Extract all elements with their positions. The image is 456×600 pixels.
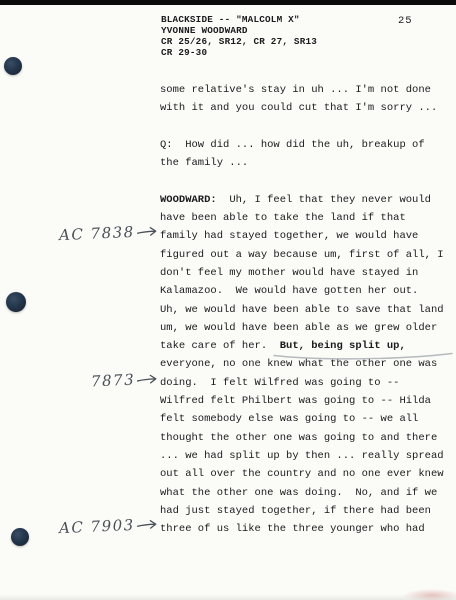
transcript-line: um, we would have been able as we grew o… xyxy=(160,319,444,337)
transcript-body: some relative's stay in uh ... I'm not d… xyxy=(160,81,444,538)
transcript-line: Uh, we would have been able to save that… xyxy=(160,301,444,319)
handwritten-annotation: AC 7838 xyxy=(59,222,158,245)
typed-text: felt somebody else was going to -- we al… xyxy=(160,413,418,425)
transcript-line: the family ... xyxy=(160,154,444,172)
typed-text: family had stayed together, we would hav… xyxy=(160,230,418,242)
annotation-label: AC 7838 xyxy=(59,223,135,245)
typed-text: um, we would have been able as we grew o… xyxy=(160,322,437,334)
transcript-line: thought the other one was going to and t… xyxy=(160,429,444,447)
transcript-line xyxy=(160,172,444,190)
typed-text: what the other one was doing. No, and if… xyxy=(160,487,437,499)
typed-text: take care of her. xyxy=(160,340,280,352)
typed-text: thought the other one was going to and t… xyxy=(160,432,437,444)
scan-edge-top xyxy=(0,0,456,5)
typed-text: don't feel my mother would have stayed i… xyxy=(160,267,418,279)
typed-text: the family ... xyxy=(160,157,248,169)
transcript-line xyxy=(160,118,444,136)
transcript-line: Q: How did ... how did the uh, breakup o… xyxy=(160,136,444,154)
typed-text: some relative's stay in uh ... I'm not d… xyxy=(160,84,431,96)
header-line: CR 29-30 xyxy=(161,47,317,58)
annotation-label: 7873 xyxy=(90,370,135,390)
typed-text: out all over the country and no one ever… xyxy=(160,468,444,480)
transcript-line: three of us like the three younger who h… xyxy=(160,520,444,538)
transcript-line: figured out a way because um, first of a… xyxy=(160,246,444,264)
arrow-right-icon xyxy=(137,373,158,385)
transcript-line: out all over the country and no one ever… xyxy=(160,465,444,483)
document-header: BLACKSIDE -- "MALCOLM X"YVONNE WOODWARDC… xyxy=(161,14,317,58)
typed-text: Q: How did ... how did the uh, breakup o… xyxy=(160,139,425,151)
typed-text: with it and you could cut that I'm sorry… xyxy=(160,102,437,114)
transcript-line: family had stayed together, we would hav… xyxy=(160,227,444,245)
transcript-line: with it and you could cut that I'm sorry… xyxy=(160,99,444,117)
typed-text: Kalamazoo. We would have gotten her out. xyxy=(160,285,418,297)
transcript-line: don't feel my mother would have stayed i… xyxy=(160,264,444,282)
transcript-line: some relative's stay in uh ... I'm not d… xyxy=(160,81,444,99)
transcript-line: have been able to take the land if that xyxy=(160,209,444,227)
emphasized-text: But, being split up, xyxy=(280,340,406,352)
typed-text: ... we had split up by then ... really s… xyxy=(160,450,444,462)
header-line: BLACKSIDE -- "MALCOLM X" xyxy=(161,14,317,25)
transcript-line: doing. I felt Wilfred was going to --787… xyxy=(160,374,444,392)
page-number: 25 xyxy=(398,15,413,27)
handwritten-annotation: AC 7903 xyxy=(59,515,158,538)
annotation-label: AC 7903 xyxy=(59,516,135,538)
typed-text: doing. I felt Wilfred was going to -- xyxy=(160,377,399,389)
emphasized-text: WOODWARD: xyxy=(160,194,217,206)
transcript-line: felt somebody else was going to -- we al… xyxy=(160,410,444,428)
typed-text: had just stayed together, if there had b… xyxy=(160,505,431,517)
typed-text: three of us like the three younger who h… xyxy=(160,523,425,535)
header-line: YVONNE WOODWARD xyxy=(161,25,317,36)
transcript-line: ... we had split up by then ... really s… xyxy=(160,447,444,465)
handwritten-annotation: 7873 xyxy=(90,369,158,390)
typed-text: Uh, I feel that they never would xyxy=(217,194,431,206)
scanned-transcript-page: 25 BLACKSIDE -- "MALCOLM X"YVONNE WOODWA… xyxy=(0,0,456,600)
hole-punch-middle xyxy=(6,292,26,312)
transcript-line: Kalamazoo. We would have gotten her out. xyxy=(160,282,444,300)
transcript-line: WOODWARD: Uh, I feel that they never wou… xyxy=(160,191,444,209)
hole-punch-top xyxy=(4,57,22,75)
pencil-underline xyxy=(272,352,454,362)
typed-text: Wilfred felt Philbert was going to -- Hi… xyxy=(160,395,431,407)
typed-text: figured out a way because um, first of a… xyxy=(160,249,444,261)
arrow-right-icon xyxy=(137,519,158,531)
typed-text: have been able to take the land if that xyxy=(160,212,406,224)
scan-edge-bottom xyxy=(0,594,456,600)
transcript-line: Wilfred felt Philbert was going to -- Hi… xyxy=(160,392,444,410)
typed-text: Uh, we would have been able to save that… xyxy=(160,304,444,316)
transcript-line: what the other one was doing. No, and if… xyxy=(160,484,444,502)
transcript-line: had just stayed together, if there had b… xyxy=(160,502,444,520)
hole-punch-bottom xyxy=(11,528,29,546)
header-line: CR 25/26, SR12, CR 27, SR13 xyxy=(161,36,317,47)
arrow-right-icon xyxy=(137,226,158,238)
